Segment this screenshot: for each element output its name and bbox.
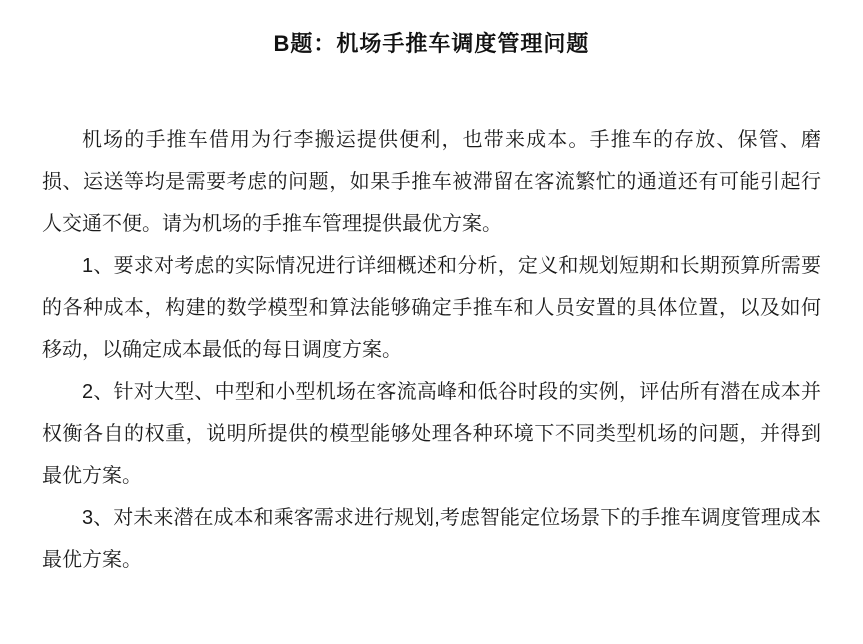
paragraph-4: 3、对未来潜在成本和乘客需求进行规划,考虑智能定位场景下的手推车调度管理成本最优… [42, 497, 821, 581]
paragraph-1: 机场的手推车借用为行李搬运提供便利，也带来成本。手推车的存放、保管、磨损、运送等… [42, 119, 821, 245]
page-title: B题：机场手推车调度管理问题 [0, 31, 863, 57]
paragraph-3: 2、针对大型、中型和小型机场在客流高峰和低谷时段的实例，评估所有潜在成本并权衡各… [42, 371, 821, 497]
document-body: 机场的手推车借用为行李搬运提供便利，也带来成本。手推车的存放、保管、磨损、运送等… [42, 119, 821, 581]
document-page: B题：机场手推车调度管理问题 机场的手推车借用为行李搬运提供便利，也带来成本。手… [0, 0, 863, 644]
paragraph-2: 1、要求对考虑的实际情况进行详细概述和分析，定义和规划短期和长期预算所需要的各种… [42, 245, 821, 371]
